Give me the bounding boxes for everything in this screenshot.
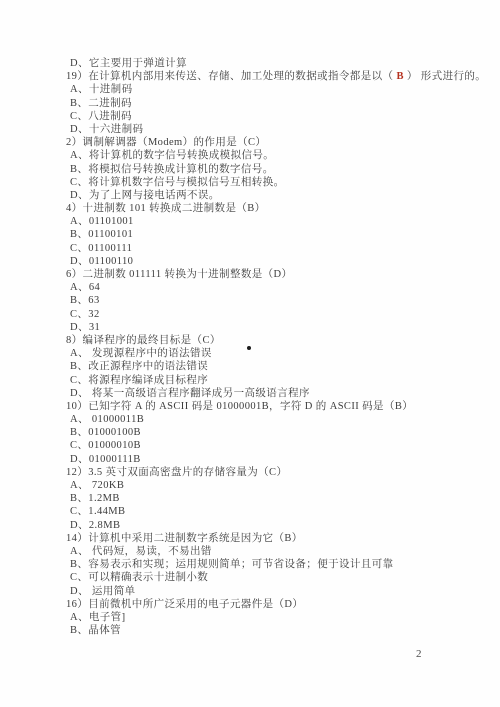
option-line: B、二进制码 [66,97,490,110]
option-line: C、32 [66,308,490,321]
option-line: A、 代码短，易读，不易出错 [66,545,490,558]
option-line: A、64 [66,281,490,294]
option-line: C、01100111 [66,242,490,255]
option-line: A、 720KB [66,479,490,492]
option-line: B、01000100B [66,426,490,439]
question-text: ） 形式进行的。 [404,71,486,82]
stray-ink-dot [247,346,251,350]
option-line: C、将计算机数字信号与模拟信号互相转换。 [66,176,490,189]
question-line: 16）目前微机中所广泛采用的电子元器件是（D） [66,598,490,611]
question-line: 19）在计算机内部用来传送、存储、加工处理的数据或指令都是以（ B ） 形式进行… [66,70,490,83]
question-line: 8）编译程序的最终目标是（C） [66,334,490,347]
option-line: B、63 [66,294,490,307]
option-line: C、01000010B [66,439,490,452]
option-line: D、2.8MB [66,519,490,532]
option-line: C、将源程序编译成目标程序 [66,374,490,387]
option-line: A、 01000011B [66,413,490,426]
option-line: A、电子管] [66,611,490,624]
question-line: 14）计算机中采用二进制数字系统是因为它（B） [66,532,490,545]
option-line: D、01000111B [66,453,490,466]
option-line: C、八进制码 [66,110,490,123]
option-line: B、01100101 [66,228,490,241]
option-line: A、将计算机的数字信号转换成模拟信号。 [66,149,490,162]
option-line: A、01101001 [66,215,490,228]
option-line: B、1.2MB [66,492,490,505]
option-line: D、十六进制码 [66,123,490,136]
page-number: 2 [416,648,422,661]
option-line: C、1.44MB [66,505,490,518]
question-line: 4）十进制数 101 转换成二进制数是（B） [66,202,490,215]
option-line: D、它主要用于弹道计算 [66,57,490,70]
option-line: B、容易表示和实现；运用规则简单；可节省设备；便于设计且可靠 [66,558,490,571]
option-line: D、 将某一高级语言程序翻译成另一高级语言程序 [66,387,490,400]
question-line: 6）二进制数 011111 转换为十进制整数是（D） [66,268,490,281]
option-line: D、01100110 [66,255,490,268]
option-line: C、可以精确表示十进制小数 [66,571,490,584]
option-line: D、31 [66,321,490,334]
document-page: D、它主要用于弹道计算19）在计算机内部用来传送、存储、加工处理的数据或指令都是… [0,0,500,707]
question-text: 19）在计算机内部用来传送、存储、加工处理的数据或指令都是以（ [66,71,396,82]
option-line: A、 发现源程序中的语法错误 [66,347,490,360]
option-line: D、 运用简单 [66,585,490,598]
question-line: 10）已知字符 A 的 ASCII 码是 01000001B，字符 D 的 AS… [66,400,490,413]
question-list: D、它主要用于弹道计算19）在计算机内部用来传送、存储、加工处理的数据或指令都是… [66,57,490,637]
option-line: B、改正源程序中的语法错误 [66,360,490,373]
option-line: A、十进制码 [66,83,490,96]
option-line: B、晶体管 [66,624,490,637]
answer-letter-highlighted: B [396,71,403,82]
question-line: 12）3.5 英寸双面高密盘片的存储容量为（C） [66,466,490,479]
option-line: B、将模拟信号转换成计算机的数字信号。 [66,163,490,176]
question-line: 2）调制解调器（Modem）的作用是（C） [66,136,490,149]
option-line: D、为了上网与接电话两不误。 [66,189,490,202]
